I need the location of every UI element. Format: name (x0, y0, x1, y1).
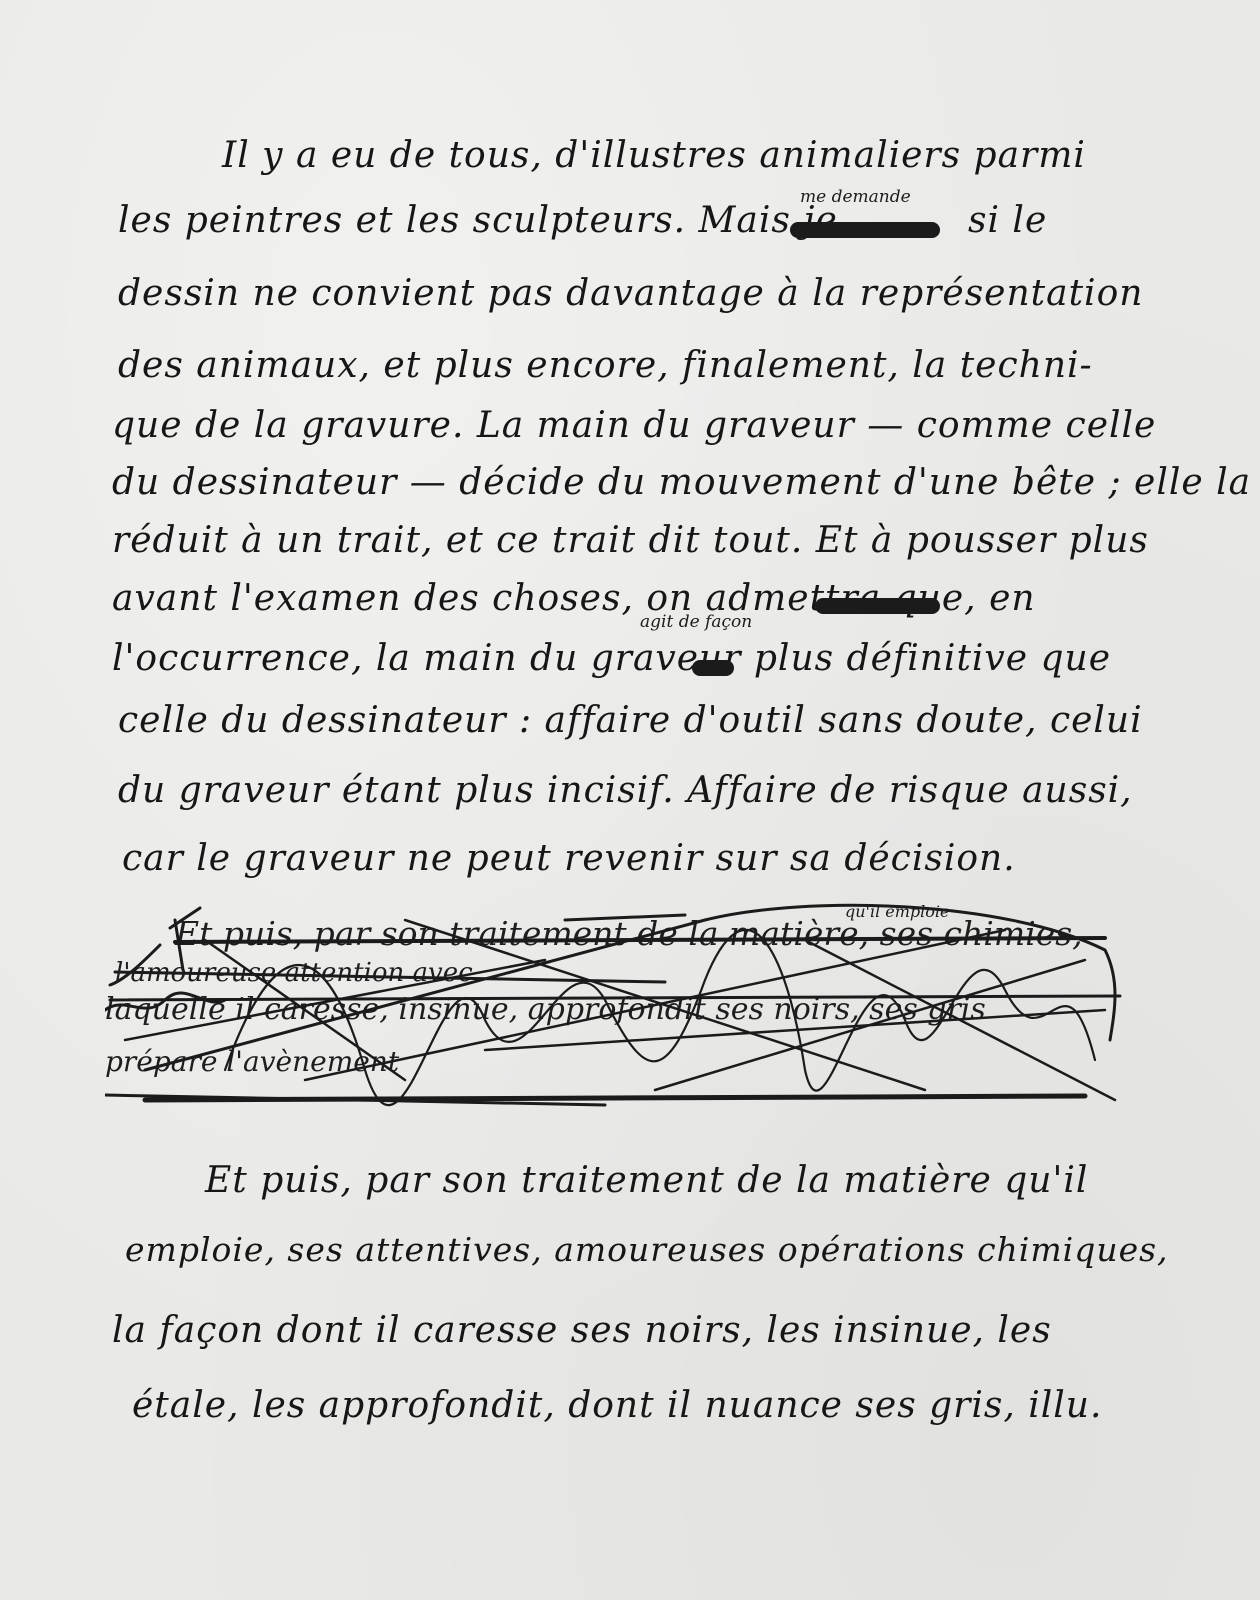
manuscript-line: l'occurrence, la main du graveur plus dé… (112, 638, 1111, 679)
manuscript-line: réduit à un trait, et ce trait dit tout.… (112, 520, 1149, 561)
manuscript-line: la façon dont il caresse ses noirs, les … (112, 1310, 1052, 1351)
manuscript-line: du graveur étant plus incisif. Affaire d… (118, 770, 1133, 811)
manuscript-line: du dessinateur — décide du mouvement d'u… (112, 462, 1251, 503)
manuscript-line: emploie, ses attentives, amoureuses opér… (125, 1230, 1169, 1269)
manuscript-line: car le graveur ne peut revenir sur sa dé… (122, 838, 1016, 879)
crossed-out-word (815, 598, 940, 614)
manuscript-line: les peintres et les sculpteurs. Mais je (118, 200, 838, 241)
manuscript-line: des animaux, et plus encore, finalement,… (118, 345, 1093, 386)
manuscript-line: Et puis, par son traitement de la matièr… (205, 1160, 1088, 1201)
manuscript-line: Il y a eu de tous, d'illustres animalier… (222, 135, 1086, 176)
scribble-strikethrough (105, 900, 1125, 1110)
insertion-agit-de-facon: agit de façon (640, 612, 752, 632)
manuscript-line: étale, les approfondit, dont il nuance s… (132, 1385, 1102, 1426)
manuscript-line-end: si le (968, 200, 1047, 241)
crossed-out-word (790, 222, 940, 238)
manuscript-line: celle du dessinateur : affaire d'outil s… (118, 700, 1143, 741)
manuscript-line: dessin ne convient pas davantage à la re… (118, 273, 1143, 314)
manuscript-line: que de la gravure. La main du graveur — … (112, 405, 1156, 446)
crossed-out-passage: Et puis, par son traitement de la matièr… (105, 900, 1125, 1110)
crossed-out-word (692, 660, 734, 676)
